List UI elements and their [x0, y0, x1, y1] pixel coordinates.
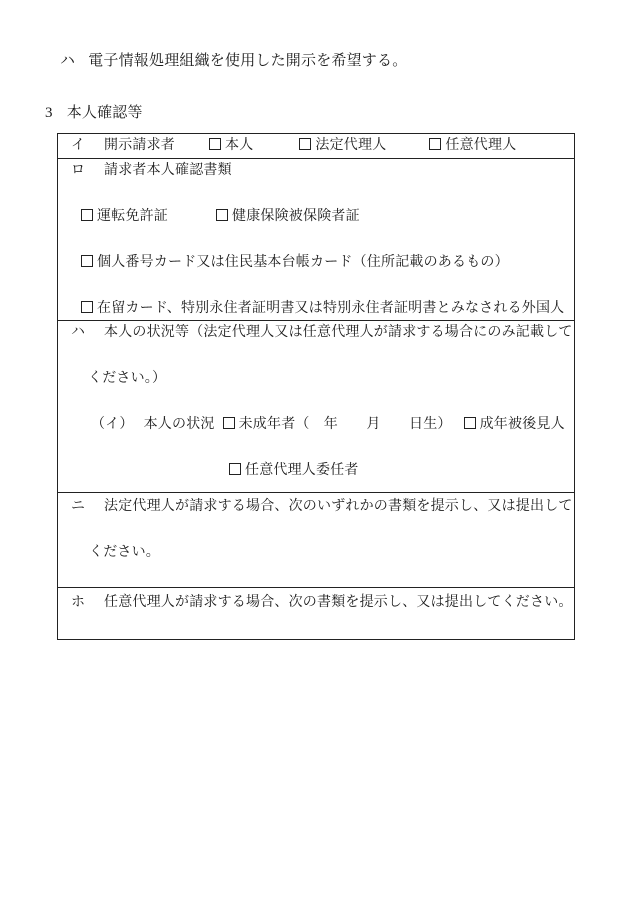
sub-item-title: 本人の状況: [144, 417, 215, 432]
checkbox-label: 在留カード、特別永住者証明書又は特別永住者証明書とみなされる外国人: [97, 301, 564, 316]
checkbox-box-icon: [216, 209, 228, 221]
row-title: 請求者本人確認書類: [104, 163, 232, 178]
checkbox-box-icon: [81, 255, 93, 267]
row-label: ハ: [71, 321, 104, 344]
checkbox-voluntary-agent-delegator[interactable]: 任意代理人委任者: [229, 463, 359, 478]
checkbox-box-icon: [229, 463, 241, 475]
row-title: 任意代理人が請求する場合、次の書類を提示し、又は提出してください。: [104, 595, 573, 610]
checkbox-health-insurance[interactable]: 健康保険被保険者証: [216, 209, 360, 224]
section-heading: 3本人確認等: [45, 101, 143, 122]
checkbox-voluntary-agent[interactable]: 任意代理人: [429, 138, 516, 153]
checkbox-label: 本人: [225, 138, 253, 153]
checkbox-label: 法定代理人: [315, 138, 386, 153]
checkbox-box-icon: [81, 209, 93, 221]
section-number: 3: [45, 105, 53, 121]
row-voluntary-agent-documents: ホ任意代理人が請求する場合、次の書類を提示し、又は提出してください。 請求資格確…: [58, 587, 574, 639]
row-principal-status: ハ本人の状況等（法定代理人又は任意代理人が請求する場合にのみ記載して ください。…: [58, 320, 574, 492]
checkbox-box-icon: [464, 417, 476, 429]
row-label: ホ: [71, 591, 104, 615]
checkbox-box-icon: [429, 138, 441, 150]
checkbox-label: 運転免許証: [97, 209, 168, 224]
row-title: 法定代理人が請求する場合、次のいずれかの書類を提示し、又は提出して: [104, 499, 573, 514]
row-identity-documents: ロ請求者本人確認書類 運転免許証健康保険被保険者証 個人番号カード又は住民基本台…: [58, 158, 574, 320]
checkbox-label: 個人番号カード又は住民基本台帳カード（住所記載のあるもの）: [97, 255, 509, 270]
checkbox-self[interactable]: 本人: [209, 138, 253, 153]
checkbox-label: 任意代理人: [445, 138, 516, 153]
checkbox-legal-agent[interactable]: 法定代理人: [299, 138, 386, 153]
sub-item-label: （イ）: [91, 417, 134, 432]
checkbox-box-icon: [223, 417, 235, 429]
checkbox-minor[interactable]: 未成年者（ 年 月 日生）: [223, 417, 452, 432]
checkbox-box-icon: [209, 138, 221, 150]
intro-item-label: ハ: [60, 53, 75, 69]
checkbox-box-icon: [81, 301, 93, 313]
row-label: ニ: [71, 495, 104, 518]
row-legal-agent-documents: ニ法定代理人が請求する場合、次のいずれかの書類を提示し、又は提出して ください。…: [58, 492, 574, 587]
row-title-continuation: ください。: [89, 545, 160, 560]
checkbox-adult-ward[interactable]: 成年被後見人: [464, 417, 565, 432]
row-title: 本人の状況等（法定代理人又は任意代理人が請求する場合にのみ記載して: [104, 325, 573, 340]
row-label: ロ: [71, 159, 104, 182]
row-label: イ: [71, 134, 104, 157]
checkbox-box-icon: [299, 138, 311, 150]
checkbox-mynumber-card[interactable]: 個人番号カード又は住民基本台帳カード（住所記載のあるもの）: [81, 255, 509, 270]
checkbox-label: 成年被後見人: [480, 417, 565, 432]
intro-line: ハ電子情報処理組織を使用した開示を希望する。: [60, 49, 407, 70]
checkbox-label: 未成年者（ 年 月 日生）: [239, 417, 452, 432]
checkbox-drivers-license[interactable]: 運転免許証: [81, 209, 168, 224]
section-title: 本人確認等: [67, 105, 143, 121]
intro-item-text: 電子情報処理組織を使用した開示を希望する。: [88, 53, 407, 69]
checkbox-residence-card[interactable]: 在留カード、特別永住者証明書又は特別永住者証明書とみなされる外国人: [81, 301, 564, 316]
row-requester: イ開示請求者本人法定代理人任意代理人: [58, 134, 574, 158]
checkbox-label: 健康保険被保険者証: [232, 209, 360, 224]
row-title-continuation: ください。）: [88, 371, 166, 386]
row-title: 開示請求者: [104, 138, 175, 153]
identity-verification-table: イ開示請求者本人法定代理人任意代理人 ロ請求者本人確認書類 運転免許証健康保険被…: [57, 133, 575, 640]
checkbox-label: 任意代理人委任者: [245, 463, 359, 478]
